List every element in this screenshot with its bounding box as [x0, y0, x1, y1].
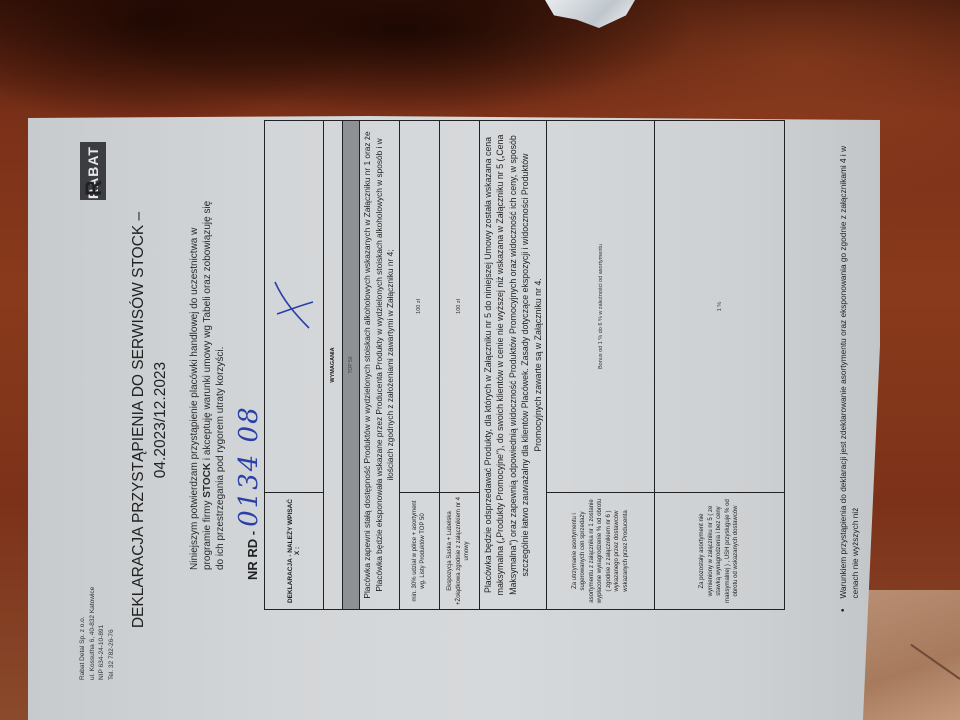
company-tel: Tel. 32 782-26-76 [107, 587, 117, 680]
company-nip: NIP 634-24-10-891 [97, 587, 107, 680]
row-label: Za pozostały asortyment nie wymieniony w… [655, 493, 785, 610]
row-label: Ekspozycja Saska + Lubelska +Żołądkowa z… [439, 493, 479, 610]
table-row: Za utrzymanie asortymentu i sugerowanych… [547, 121, 655, 610]
intro-paragraph: Niniejszym potwierdzam przystąpienie pla… [188, 190, 227, 570]
document-page: R RABAT Rabat Detal Sp. z o.o. ul. Kossu… [28, 116, 880, 720]
footnote: • Warunkiem przystąpienia do deklaracji … [838, 142, 861, 612]
table-row: Za pozostały asortyment nie wymieniony w… [655, 121, 785, 610]
document-title: DEKLARACJA PRZYSTĄPIENIA DO SERWISÓW STO… [128, 180, 172, 660]
top50-paragraph: Placówka zapewni stałą dostępność Produk… [360, 121, 400, 610]
rabat-logo: R RABAT [80, 142, 106, 200]
table-row: Ekspozycja Saska + Lubelska +Żołądkowa z… [439, 121, 479, 610]
nr-rd-label: NR RD - [245, 531, 260, 580]
row-value: 100 zł [439, 121, 479, 493]
row-value: 100 zł [399, 121, 439, 493]
requirements-table: DEKLARACJA - NALEŻY WPISAĆ X : WYMAGANIA… [264, 120, 785, 610]
row-label: min. 30% udział w półce + asortyment wg.… [399, 493, 439, 610]
title-line-1: DEKLARACJA PRZYSTĄPIENIA DO SERWISÓW STO… [128, 180, 150, 660]
promo-paragraph: Placówka będzie odsprzedawać Produkty, d… [479, 121, 547, 610]
nr-rd-handwritten-value: 0134 08 [234, 401, 265, 529]
company-info: Rabat Detal Sp. z o.o. ul. Kossutha 6, 4… [78, 587, 116, 680]
row-label: Za utrzymanie asortymentu i sugerowanych… [547, 493, 655, 610]
footnote-text: Warunkiem przystąpienia do deklaracji je… [838, 142, 861, 598]
declaration-mark-cell [265, 121, 324, 493]
document-sheet: R RABAT Rabat Detal Sp. z o.o. ul. Kossu… [28, 116, 880, 720]
bullet-icon: • [838, 608, 861, 612]
declaration-label: DEKLARACJA - NALEŻY WPISAĆ X : [265, 493, 324, 610]
requirements-header: WYMAGANIA [324, 121, 343, 610]
row-value: Bonus od 1 % do 6 % w zależności od asor… [547, 121, 655, 493]
logo-r-mark: R [81, 179, 107, 196]
company-address: ul. Kossutha 6, 40-832 Katowice [88, 587, 98, 680]
section-top50: TOP 50 [343, 121, 360, 610]
title-line-2: 04.2023/12.2023 [150, 180, 172, 660]
declaration-row: DEKLARACJA - NALEŻY WPISAĆ X : [265, 121, 324, 610]
intro-brand: STOCK [202, 463, 213, 498]
company-name: Rabat Detal Sp. z o.o. [78, 587, 88, 680]
nr-rd-field: NR RD - 0134 08 [234, 401, 265, 580]
table-row: min. 30% udział w półce + asortyment wg.… [399, 121, 439, 610]
handwritten-x-mark [271, 277, 315, 337]
row-value: 1 % [655, 121, 785, 493]
